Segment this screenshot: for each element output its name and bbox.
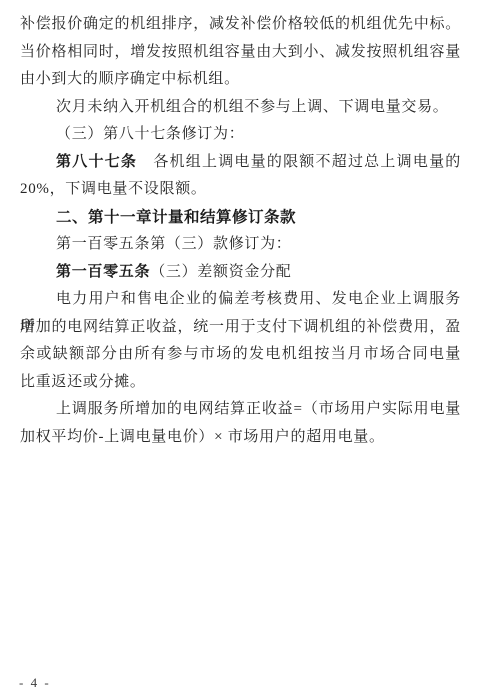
paragraph-line: 当价格相同时，增发按照机组容量由大到小、减发按照机组容量: [20, 39, 461, 67]
page-number: - 4 -: [19, 675, 51, 691]
section-heading: 二、第十一章计量和结算修订条款: [20, 204, 461, 232]
document-page: 补偿报价确定的机组排序，减发补偿价格较低的机组优先中标。 当价格相同时，增发按照…: [0, 0, 480, 700]
paragraph-line: 余或缺额部分由所有参与市场的发电机组按当月市场合同电量: [20, 341, 461, 369]
paragraph-line: 20%，下调电量不设限额。: [20, 176, 461, 204]
paragraph-line: 次月未纳入开机组合的机组不参与上调、下调电量交易。: [20, 94, 461, 122]
paragraph-line: 增加的电网结算正收益，统一用于支付下调机组的补偿费用，盈: [20, 314, 461, 342]
article-term: 第八十七条: [56, 154, 137, 170]
paragraph-line: 上调服务所增加的电网结算正收益=（市场用户实际用电量: [20, 396, 461, 424]
paragraph-line: 第一百零五条（三）差额资金分配: [20, 259, 461, 287]
article-term: 第一百零五条: [56, 264, 150, 280]
paragraph-line: 电力用户和售电企业的偏差考核费用、发电企业上调服务所: [20, 286, 461, 314]
paragraph-line: 由小到大的顺序确定中标机组。: [20, 66, 461, 94]
paragraph-line: 加权平均价-上调电量电价）× 市场用户的超用电量。: [20, 424, 461, 452]
document-text-block: 补偿报价确定的机组排序，减发补偿价格较低的机组优先中标。 当价格相同时，增发按照…: [20, 11, 461, 451]
paragraph-line: 第一百零五条第（三）款修订为：: [20, 231, 461, 259]
paragraph-text: （三）差额资金分配: [150, 264, 291, 280]
paragraph-line: 补偿报价确定的机组排序，减发补偿价格较低的机组优先中标。: [20, 11, 461, 39]
paragraph-line: 比重返还或分摊。: [20, 369, 461, 397]
paragraph-line: 第八十七条 各机组上调电量的限额不超过总上调电量的: [20, 149, 461, 177]
paragraph-text: 各机组上调电量的限额不超过总上调电量的: [137, 154, 461, 170]
paragraph-line: （三）第八十七条修订为：: [20, 121, 461, 149]
